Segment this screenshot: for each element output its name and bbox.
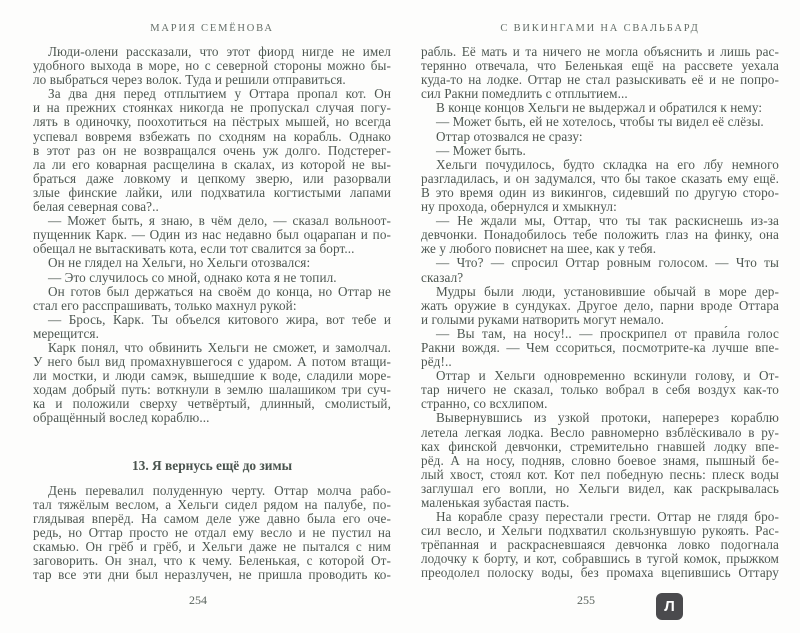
text-line: У него был вид промахнувшегося с ударом.… bbox=[33, 355, 391, 369]
text-line: сил Ракни помедлить с отплытием... bbox=[421, 87, 779, 101]
text-line: Люди-олени рассказали, что этот фиорд ни… bbox=[33, 45, 391, 59]
text-line: Оттар и Хельги одновременно вскинули гол… bbox=[421, 369, 779, 383]
text-line: — Это случилось со мной, однако кота я н… bbox=[33, 271, 391, 285]
left-page: МАРИЯ СЕМЁНОВА Люди-олени рассказали, чт… bbox=[33, 0, 391, 633]
left-page-body: Люди-олени рассказали, что этот фиорд ни… bbox=[33, 45, 391, 582]
text-line: Мудры были люди, установившие обычай в м… bbox=[421, 285, 779, 299]
text-line: За два дня перед отплытием у Оттара проп… bbox=[33, 87, 391, 101]
text-line: лять в одиночку, поохотиться на пёстрых … bbox=[33, 115, 391, 129]
text-line: разгладилась, и он задумался, что бы так… bbox=[421, 172, 779, 186]
text-line: пущенник Карк. — Один из нас недавно был… bbox=[33, 228, 391, 242]
text-line: — Что? — спросил Оттар ровным голосом. —… bbox=[421, 256, 779, 270]
text-line: ках финской девчонки, стремительно гнавш… bbox=[421, 440, 779, 454]
text-line: мерещится. bbox=[33, 327, 391, 341]
text-line: обещал не вытаскивать кота, если тот сва… bbox=[33, 242, 391, 256]
text-line: преодолел полоску воды, без промаха вцеп… bbox=[421, 566, 779, 580]
labirint-letter: Л bbox=[664, 599, 675, 614]
right-running-head: С ВИКИНГАМИ НА СВАЛЬБАРД bbox=[421, 23, 779, 34]
text-line: белая северная сова?.. bbox=[33, 200, 391, 214]
text-line: браться даже ловкому и цепкому зверю, ил… bbox=[33, 172, 391, 186]
text-line: странно, со всхлипом. bbox=[421, 397, 779, 411]
right-page-number: 255 bbox=[407, 593, 765, 608]
text-line: ходам добрый путь: воткнули в землю шала… bbox=[33, 383, 391, 397]
text-line: куда-то на лодке. Оттар не стал разыскив… bbox=[421, 73, 779, 87]
text-line: рёд. А на носу, подняв, словно боевое зн… bbox=[421, 454, 779, 468]
text-line: тар ничего не сказал, только вобрал в се… bbox=[421, 383, 779, 397]
text-line: Карк понял, что обвинить Хельги не сможе… bbox=[33, 341, 391, 355]
left-page-number: 254 bbox=[19, 593, 377, 608]
text-line: заглушал его вопли, но Хельги видел, как… bbox=[421, 482, 779, 496]
left-running-head: МАРИЯ СЕМЁНОВА bbox=[33, 23, 391, 34]
text-line: и голыми руками натворить могут немало. bbox=[421, 313, 779, 327]
text-line: Вывернувшись из узкой протоки, наперерез… bbox=[421, 411, 779, 425]
text-line: глядывая вперёд. На самом деле уже давно… bbox=[33, 512, 391, 526]
text-line: Он не глядел на Хельги, но Хельги отозва… bbox=[33, 256, 391, 270]
text-line: тар все эти дни был неразлучен, не пришл… bbox=[33, 568, 391, 582]
text-line: рабль. Её мать и та ничего не могла объя… bbox=[421, 45, 779, 59]
text-line: трёпанная и раскрасневшаяся девчонка лов… bbox=[421, 538, 779, 552]
text-line: стал его расспрашивать, только махнул ру… bbox=[33, 299, 391, 313]
text-line: жать оружие в сундуках. Другое дело, пар… bbox=[421, 299, 779, 313]
text-line: — Может быть, ей не хотелось, чтобы ты в… bbox=[421, 115, 779, 129]
text-line: злые финские лайки, или подхватила когти… bbox=[33, 186, 391, 200]
text-line: — Не ждали мы, Оттар, что ты так раскисн… bbox=[421, 214, 779, 228]
text-line: девчонки. Понадобилось тебе положить гла… bbox=[421, 228, 779, 242]
text-line: маленькая зубастая пасть. bbox=[421, 496, 779, 510]
text-line: Ракни вождя. — Чем ссориться, посмотрите… bbox=[421, 341, 779, 355]
chapter-heading: 13. Я вернусь ещё до зимы bbox=[33, 458, 391, 474]
text-line: — Брось, Карк. Ты объелся китового жира,… bbox=[33, 313, 391, 327]
text-line: ну прохода, обернулся и хмыкнул: bbox=[421, 200, 779, 214]
text-line: в этот раз он не возвращался очень уж до… bbox=[33, 144, 391, 158]
text-line: Он готов был держаться на своём до конца… bbox=[33, 285, 391, 299]
text-line: ло выбраться через волок. Туда и решили … bbox=[33, 73, 391, 87]
text-line: редь, но Оттар просто не отдал ему весло… bbox=[33, 526, 391, 540]
text-line: Оттар отозвался не сразу: bbox=[421, 130, 779, 144]
text-line: же у любого повиснет на шее, как у тебя. bbox=[421, 242, 779, 256]
labirint-logo: Л bbox=[656, 593, 683, 620]
text-line: — Вы там, на носу!.. — проскрипел от пра… bbox=[421, 327, 779, 341]
right-page: С ВИКИНГАМИ НА СВАЛЬБАРД рабль. Её мать … bbox=[421, 0, 779, 633]
text-line: На корабле сразу перестали грести. Оттар… bbox=[421, 510, 779, 524]
text-line: сил весло, и Хельги подхватил скользнувш… bbox=[421, 524, 779, 538]
text-line: Хельги почудилось, будто складка на его … bbox=[421, 158, 779, 172]
text-line: удобного выхода в море, но с северной ст… bbox=[33, 59, 391, 73]
text-line: ка и положили сверху четвёртый, длинный,… bbox=[33, 397, 391, 411]
text-line: заговорить. Он знал, что к чему. Беленьк… bbox=[33, 554, 391, 568]
right-page-body: рабль. Её мать и та ничего не могла объя… bbox=[421, 45, 779, 581]
text-line: лый хвост, стоял кот. Кот пел победную п… bbox=[421, 468, 779, 482]
text-line: скамью. Он грёб и грёб, и Хельги даже не… bbox=[33, 540, 391, 554]
text-line: сказал? bbox=[421, 271, 779, 285]
text-line: В конце концов Хельги не выдержал и обра… bbox=[421, 101, 779, 115]
text-line: День перевалил полуденную черту. Оттар м… bbox=[33, 484, 391, 498]
text-line: и на прежних стоянках никогда не пропуск… bbox=[33, 101, 391, 115]
text-line: летела легкая лодка. Весло равномерно вз… bbox=[421, 426, 779, 440]
text-line: ли мостки, и люди самэк, вышедшие к воде… bbox=[33, 369, 391, 383]
book-spread: МАРИЯ СЕМЁНОВА Люди-олени рассказали, чт… bbox=[0, 0, 800, 633]
text-line: — Может быть, я знаю, в чём дело, — сказ… bbox=[33, 214, 391, 228]
text-line: лодочку к борту, и кот, собравшись в туг… bbox=[421, 552, 779, 566]
text-line: успевал вовремя взбежать по сходням на к… bbox=[33, 130, 391, 144]
text-line: В это время один из викингов, сидевший п… bbox=[421, 186, 779, 200]
text-line: обращённый вослед кораблю... bbox=[33, 411, 391, 425]
text-line: рёд!.. bbox=[421, 355, 779, 369]
text-line: — Может быть. bbox=[421, 144, 779, 158]
text-line: терянно отвечала, что Беленькая ещё на р… bbox=[421, 59, 779, 73]
text-line: ла ли его коварная расщелина в скалах, и… bbox=[33, 158, 391, 172]
text-line: тал тяжёлым веслом, а Хельги сидел рядом… bbox=[33, 498, 391, 512]
